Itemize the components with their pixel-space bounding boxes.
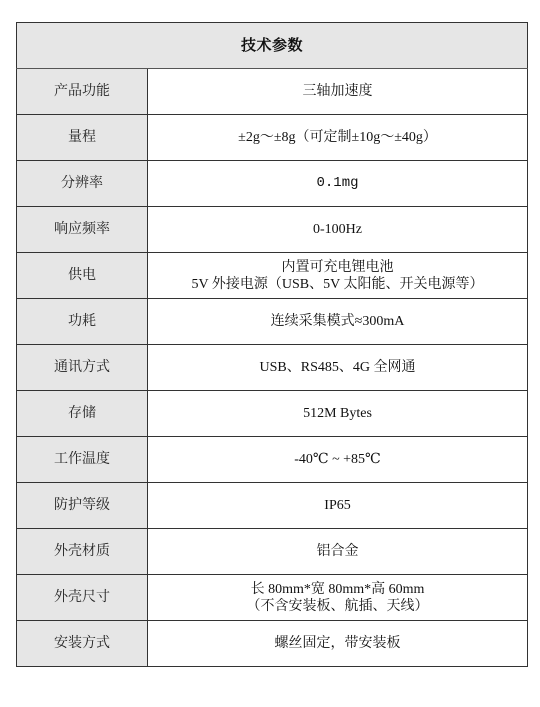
row-value-installation: 螺丝固定，带安装板 — [148, 621, 528, 667]
row-label-temperature: 工作温度 — [17, 437, 148, 483]
value-line: 铝合金 — [152, 543, 523, 560]
table-row: 通讯方式 USB、RS485、4G 全网通 — [17, 345, 528, 391]
row-label-protection: 防护等级 — [17, 483, 148, 529]
row-label-installation: 安装方式 — [17, 621, 148, 667]
value-line: 三轴加速度 — [152, 83, 523, 100]
value-line: -40℃ ~ +85℃ — [152, 451, 523, 468]
row-value-frequency: 0-100Hz — [148, 207, 528, 253]
row-label-resolution: 分辨率 — [17, 161, 148, 207]
table-row: 产品功能 三轴加速度 — [17, 69, 528, 115]
row-label-power-supply: 供电 — [17, 253, 148, 299]
row-value-protection: IP65 — [148, 483, 528, 529]
row-value-resolution: 0.1mg — [148, 161, 528, 207]
value-line: 0.1mg — [152, 175, 523, 192]
table-row: 外壳尺寸 长 80mm*宽 80mm*高 60mm （不含安装板、航插、天线） — [17, 575, 528, 621]
row-label-frequency: 响应频率 — [17, 207, 148, 253]
value-line: ±2g～±8g（可定制±10g～±40g） — [152, 129, 523, 146]
value-line: 连续采集模式≈300mA — [152, 313, 523, 330]
row-value-material: 铝合金 — [148, 529, 528, 575]
row-label-storage: 存储 — [17, 391, 148, 437]
value-line: （不含安装板、航插、天线） — [152, 598, 523, 615]
row-label-communication: 通讯方式 — [17, 345, 148, 391]
row-value-power-supply: 内置可充电锂电池 5V 外接电源（USB、5V 太阳能、开关电源等） — [148, 253, 528, 299]
title-row: 技术参数 — [17, 23, 528, 69]
row-label-range: 量程 — [17, 115, 148, 161]
table-row: 防护等级 IP65 — [17, 483, 528, 529]
table-title: 技术参数 — [17, 23, 528, 69]
value-line: 512M Bytes — [152, 405, 523, 422]
value-line: 长 80mm*宽 80mm*高 60mm — [152, 581, 523, 598]
table-row: 外壳材质 铝合金 — [17, 529, 528, 575]
row-value-dimensions: 长 80mm*宽 80mm*高 60mm （不含安装板、航插、天线） — [148, 575, 528, 621]
value-line: 0-100Hz — [152, 221, 523, 238]
row-value-temperature: -40℃ ~ +85℃ — [148, 437, 528, 483]
table-row: 功耗 连续采集模式≈300mA — [17, 299, 528, 345]
table-row: 供电 内置可充电锂电池 5V 外接电源（USB、5V 太阳能、开关电源等） — [17, 253, 528, 299]
row-value-power-consumption: 连续采集模式≈300mA — [148, 299, 528, 345]
table-row: 量程 ±2g～±8g（可定制±10g～±40g） — [17, 115, 528, 161]
row-value-storage: 512M Bytes — [148, 391, 528, 437]
table-row: 响应频率 0-100Hz — [17, 207, 528, 253]
row-label-function: 产品功能 — [17, 69, 148, 115]
row-label-material: 外壳材质 — [17, 529, 148, 575]
value-line: IP65 — [152, 497, 523, 514]
row-label-power-consumption: 功耗 — [17, 299, 148, 345]
row-label-dimensions: 外壳尺寸 — [17, 575, 148, 621]
row-value-range: ±2g～±8g（可定制±10g～±40g） — [148, 115, 528, 161]
value-line: 5V 外接电源（USB、5V 太阳能、开关电源等） — [152, 276, 523, 293]
table-row: 安装方式 螺丝固定，带安装板 — [17, 621, 528, 667]
table-row: 工作温度 -40℃ ~ +85℃ — [17, 437, 528, 483]
value-line: 内置可充电锂电池 — [152, 259, 523, 276]
row-value-function: 三轴加速度 — [148, 69, 528, 115]
table-row: 分辨率 0.1mg — [17, 161, 528, 207]
spec-table: 技术参数 产品功能 三轴加速度 量程 ±2g～±8g（可定制±10g～±40g）… — [16, 22, 528, 667]
value-line: USB、RS485、4G 全网通 — [152, 359, 523, 376]
table-row: 存储 512M Bytes — [17, 391, 528, 437]
row-value-communication: USB、RS485、4G 全网通 — [148, 345, 528, 391]
value-line: 螺丝固定，带安装板 — [152, 635, 523, 652]
